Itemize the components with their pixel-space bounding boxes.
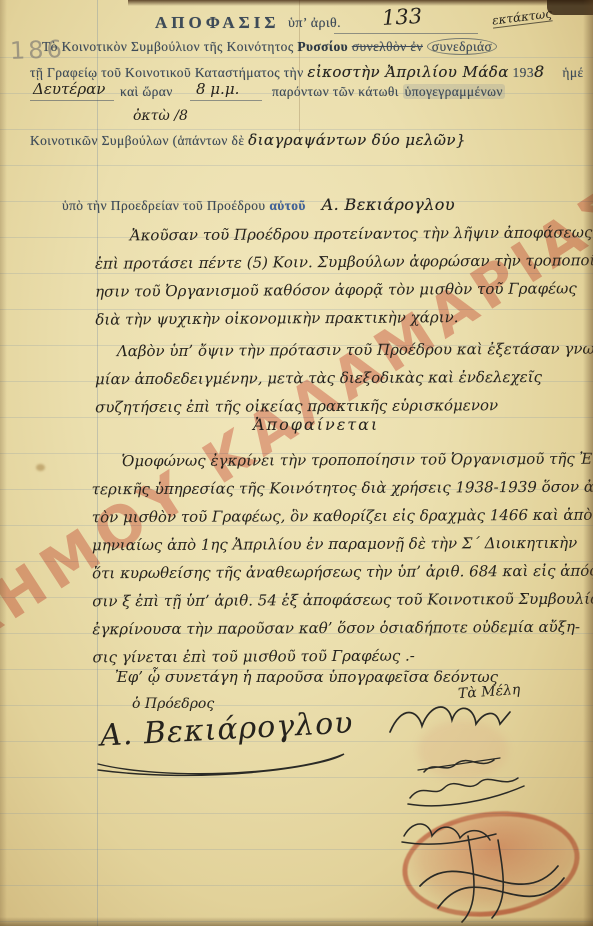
page-edge-right [583, 0, 593, 926]
line2-struck-words: συνελθὸν ἐν [352, 39, 423, 54]
hour-underline [190, 100, 262, 101]
body-line: μίαν ἀποδεδειγμένην, μετὰ τὰς διεξοδικὰς… [95, 363, 575, 394]
year-digit-handwritten: 8 [534, 62, 545, 81]
line5-text: Κοινοτικῶν Συμβούλων (ἁπάντων δὲ [30, 133, 244, 148]
line2-circled-word: συνεδριάσ [427, 38, 497, 55]
body-paragraph-1: Ἀκοῦσαν τοῦ Προέδρου προτείναντος τὴν λῆ… [95, 218, 576, 333]
member-signature-4 [402, 824, 496, 844]
line5-handwritten: διαγραψάντων δύο μελῶν} [248, 131, 466, 149]
decision-title: ΑΠΟΦΑΣΙΣ [155, 13, 279, 33]
body-line: Ἀκοῦσαν τοῦ Προέδρου προτείναντος τὴν λῆ… [95, 218, 575, 249]
presidency-line: ὑπὸ τὴν Προεδρείαν τοῦ Προέδρου αὐτοῦ Α.… [62, 195, 455, 214]
day-underline [30, 100, 114, 101]
page-edge-left [0, 0, 7, 926]
document-page: ΔΗΜΟΥ ΚΑΛΑΜΑΡΙΑΣ 186 ΑΠΟΦΑΣΙΣ ὑπ’ ἀριθ. … [0, 0, 593, 926]
body-line: ησιν τοῦ Ὀργανισμοῦ καθόσον ἀφορᾷ τὸν μι… [95, 274, 575, 305]
header-annotation-handwritten: εκτάκτως [491, 6, 552, 28]
line2-text: Τὸ Κοινοτικὸν Συμβούλιον τῆς Κοινότητος [42, 39, 294, 54]
body-line: τὸν μισθὸν τοῦ Γραφέως, ὃν καθορίζει εἰς… [92, 501, 584, 532]
session-day-handwritten: Δευτέραν [33, 80, 105, 98]
body-line: ἐγκρίνουσα τὴν παροῦσαν καθ’ ὅσον ὁσιαδή… [92, 613, 584, 644]
body-paragraph-3: Ὁμοφώνως ἐγκρίνει τὴν τροποποίησιν τοῦ Ὀ… [91, 445, 584, 672]
member-signatures [368, 690, 593, 926]
line4-printed2: παρόντων τῶν κάτωθι ὑπογεγραμμένων [272, 84, 505, 100]
member-signature-3 [408, 778, 524, 806]
line4-printed1: καὶ ὥραν [120, 84, 173, 100]
president-name-handwritten: Α. Βεκιάρογλου [322, 195, 455, 214]
community-name: Ρυσσίου [297, 39, 348, 54]
paper-stain [36, 464, 45, 471]
body-line: ἐπὶ προτάσει πέντε (5) Κοιν. Συμβούλων ἀ… [95, 246, 575, 277]
decision-number-underline [334, 33, 478, 34]
member-signature-1 [390, 707, 510, 732]
line3-end: ἡμέ [562, 65, 583, 80]
header-line3: τῇ Γραφείῳ τοῦ Κοινοτικοῦ Καταστήματος τ… [30, 62, 584, 81]
body-line: Λαβὸν ὑπ’ ὄψιν τὴν πρότασιν τοῦ Προέδρου… [95, 335, 575, 366]
body-line: διὰ τὴν ψυχικὴν οἰκονομικὴν πρακτικὴν χά… [95, 302, 575, 333]
decision-number-handwritten: 133 [381, 4, 422, 30]
body-paragraph-2: Λαβὸν ὑπ’ ὄψιν τὴν πρότασιν τοῦ Προέδρου… [95, 335, 575, 422]
line4-text-smudged: ὑπογεγραμμένων [403, 84, 505, 99]
closing-line-handwritten: Ἐφ’ ᾧ συνετάγη ἡ παροῦσα ὑπογραφεῖσα δεό… [115, 668, 498, 686]
page-edge-top [128, 0, 593, 6]
body-line: σις γίνεται ἐπὶ τοῦ μισθοῦ τοῦ Γραφέως .… [92, 641, 584, 672]
body-line: τερικῆς ὑπηρεσίας τῆς Κοινότητος διὰ χρή… [92, 473, 584, 504]
body-line: ὅτι κυρωθείσης τῆς ἀναθεωρήσεως τὴν ὑπ’ … [92, 557, 584, 588]
year-printed: 193 [513, 65, 534, 80]
page-edge-bottom [0, 917, 593, 926]
member-signature-2-strike [418, 758, 500, 770]
body-line: μηνιαίως ἀπὸ 1ης Ἀπριλίου ἐν παραμονῇ δὲ… [92, 529, 584, 560]
header-line2: Τὸ Κοινοτικὸν Συμβούλιον τῆς Κοινότητος … [42, 39, 497, 55]
councillor-count-handwritten: ὀκτὼ /8 [133, 108, 188, 124]
president-signature-flourish [92, 742, 352, 782]
member-signature-2 [424, 760, 494, 772]
line4-text: παρόντων τῶν κάτωθι [272, 84, 399, 99]
decision-number-label: ὑπ’ ἀριθ. [288, 16, 341, 32]
line3-text: τῇ Γραφείῳ τοῦ Κοινοτικοῦ Καταστήματος τ… [30, 65, 304, 80]
member-signature-5 [420, 866, 564, 908]
presidency-blue-word: αὐτοῦ [269, 198, 306, 213]
body-line: σιν ξ ἐπὶ τῇ ὑπ’ ἀριθ. 54 ἐξ ἀποφάσεως τ… [92, 585, 584, 616]
header-line5: Κοινοτικῶν Συμβούλων (ἁπάντων δὲ διαγραψ… [30, 131, 466, 149]
session-date-handwritten: εἰκοστὴν Ἀπριλίου Μάδα [307, 63, 508, 81]
member-signature-6 [462, 836, 503, 922]
president-label: ὁ Πρόεδρος [132, 696, 214, 712]
decision-heading-handwritten: Ἀποφαίνεται [253, 415, 379, 434]
presidency-text: ὑπὸ τὴν Προεδρείαν τοῦ Προέδρου [62, 198, 266, 213]
session-hour-handwritten: 8 μ.μ. [196, 80, 239, 98]
body-line: Ὁμοφώνως ἐγκρίνει τὴν τροποποίησιν τοῦ Ὀ… [91, 445, 583, 476]
